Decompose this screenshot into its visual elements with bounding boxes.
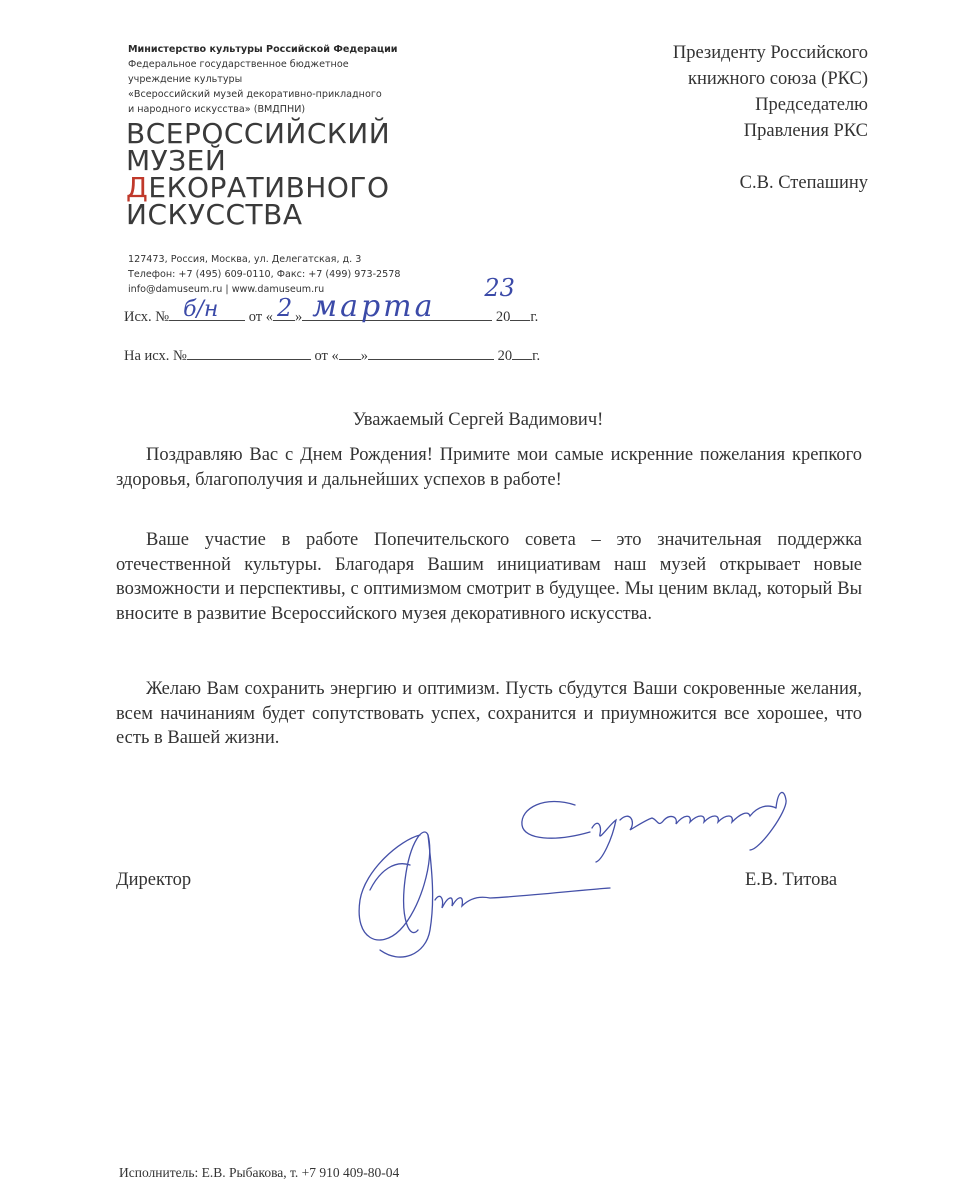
- year-prefix: 20: [496, 309, 511, 325]
- ministry-name: Министерство культуры Российской Федерац…: [128, 42, 398, 57]
- outgoing-number-field: б/н: [169, 306, 245, 321]
- org-line: «Всероссийский музей декоративно-приклад…: [128, 87, 398, 102]
- year-suffix: г.: [530, 309, 538, 325]
- address: 127473, Россия, Москва, ул. Делегатская,…: [128, 252, 400, 267]
- signatory-role: Директор: [116, 870, 191, 891]
- logo-line: ВСЕРОССИЙСКИЙ: [126, 120, 390, 147]
- letterhead-organization: Министерство культуры Российской Федерац…: [128, 42, 398, 117]
- executor-contact: Исполнитель: Е.В. Рыбакова, т. +7 910 40…: [119, 1165, 399, 1181]
- body-paragraph: Поздравляю Вас с Днем Рождения! Примите …: [116, 443, 862, 492]
- salutation: Уважаемый Сергей Вадимович!: [0, 410, 956, 431]
- addressee-line: Председателю: [673, 92, 868, 118]
- reply-year-prefix: 20: [498, 348, 513, 364]
- reply-date-from-label: от «: [315, 348, 339, 364]
- handwritten-year: 23: [484, 274, 515, 302]
- addressee-name: С.В. Степашину: [673, 170, 868, 196]
- museum-logo: ВСЕРОССИЙСКИЙ МУЗЕЙ ДЕКОРАТИВНОГО ИСКУСС…: [126, 120, 390, 228]
- org-line: учреждение культуры: [128, 72, 398, 87]
- logo-line: ИСКУССТВА: [126, 201, 390, 228]
- day-field: 2: [273, 306, 295, 321]
- body-paragraph: Желаю Вам сохранить энергию и оптимизм. …: [116, 677, 862, 751]
- reply-reference-row: На исх. № от «» 20г.: [124, 345, 540, 365]
- handwritten-day: 2: [277, 294, 292, 322]
- reply-number-label: На исх. №: [124, 348, 187, 364]
- reply-number-field: [187, 345, 311, 360]
- addressee-line: книжного союза (РКС): [673, 66, 868, 92]
- org-line: Федеральное государственное бюджетное: [128, 57, 398, 72]
- date-from-label: от «: [249, 309, 273, 325]
- reply-year-suffix: г.: [532, 348, 540, 364]
- reply-year-field: [512, 345, 532, 360]
- close-quote: »: [361, 348, 368, 364]
- addressee-block: Президенту Российского книжного союза (Р…: [673, 40, 868, 196]
- month-field: марта: [302, 306, 492, 321]
- handwritten-number: б/н: [183, 297, 218, 322]
- reply-month-field: [368, 345, 494, 360]
- logo-line: МУЗЕЙ: [126, 147, 390, 174]
- outgoing-number-label: Исх. №: [124, 309, 169, 325]
- handwritten-month: марта: [312, 289, 435, 324]
- addressee-line: Правления РКС: [673, 118, 868, 144]
- phone-fax: Телефон: +7 (495) 609-0110, Факс: +7 (49…: [128, 267, 400, 282]
- addressee-line: Президенту Российского: [673, 40, 868, 66]
- signatory-name: Е.В. Титова: [745, 870, 837, 891]
- logo-line: ДЕКОРАТИВНОГО: [126, 174, 390, 201]
- year-field: 23: [510, 306, 530, 321]
- reply-day-field: [339, 345, 361, 360]
- body-paragraph: Ваше участие в работе Попечительского со…: [116, 528, 862, 626]
- outgoing-reference-row: Исх. №б/н от «2»марта 2023г.: [124, 306, 538, 326]
- org-line: и народного искусства» (ВМДПНИ): [128, 102, 398, 117]
